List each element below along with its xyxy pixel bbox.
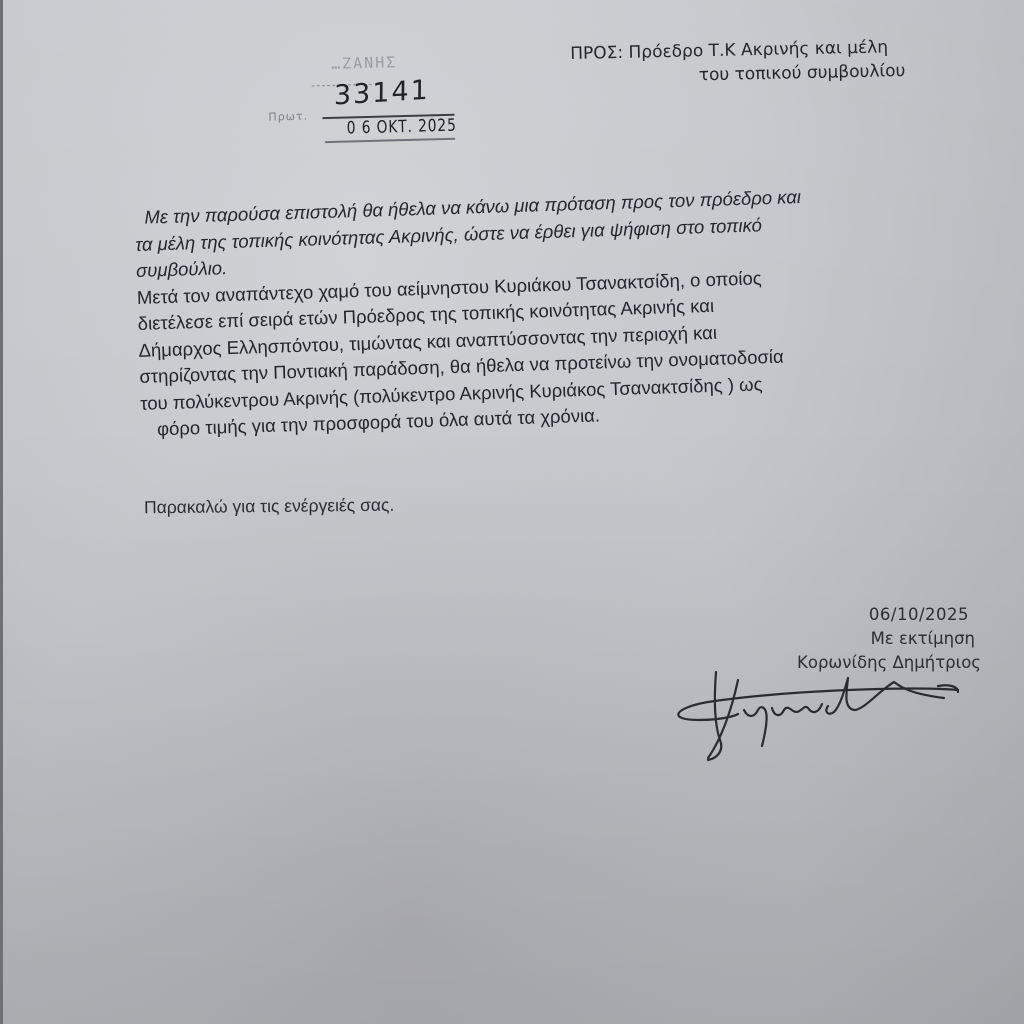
stamp-faded-header: …ΖΑΝΗΣ	[331, 53, 398, 73]
letter-date: 06/10/2025	[700, 603, 985, 627]
closing-line: Παρακαλώ για τις ενέργειές σας.	[144, 495, 394, 519]
letter-body: Με την παρούσα επιστολή θα ήθελα να κάνω…	[134, 179, 981, 444]
closing-greeting: Με εκτίμηση	[700, 627, 985, 651]
protocol-stamp: …ΖΑΝΗΣ Πρωτ. 33141 0 6 ΟΚΤ. 2025	[261, 45, 474, 150]
handwritten-signature-icon	[668, 668, 968, 768]
recipient-address: ΠΡΟΣ: Πρόεδρο Τ.Κ Ακρινής και μέλη του τ…	[570, 34, 971, 90]
signature-block: 06/10/2025 Με εκτίμηση Κορωνίδης Δημήτρι…	[700, 603, 985, 675]
stamp-label: Πρωτ.	[268, 110, 308, 124]
stamp-date: 0 6 ΟΚΤ. 2025	[347, 116, 457, 139]
protocol-number: 33141	[334, 75, 430, 112]
paragraph-proposal: Μετά τον αναπάντεχο χαμό του αείμνηστου …	[136, 258, 981, 443]
stamp-underline	[325, 138, 455, 143]
paper-edge	[0, 0, 3, 1024]
